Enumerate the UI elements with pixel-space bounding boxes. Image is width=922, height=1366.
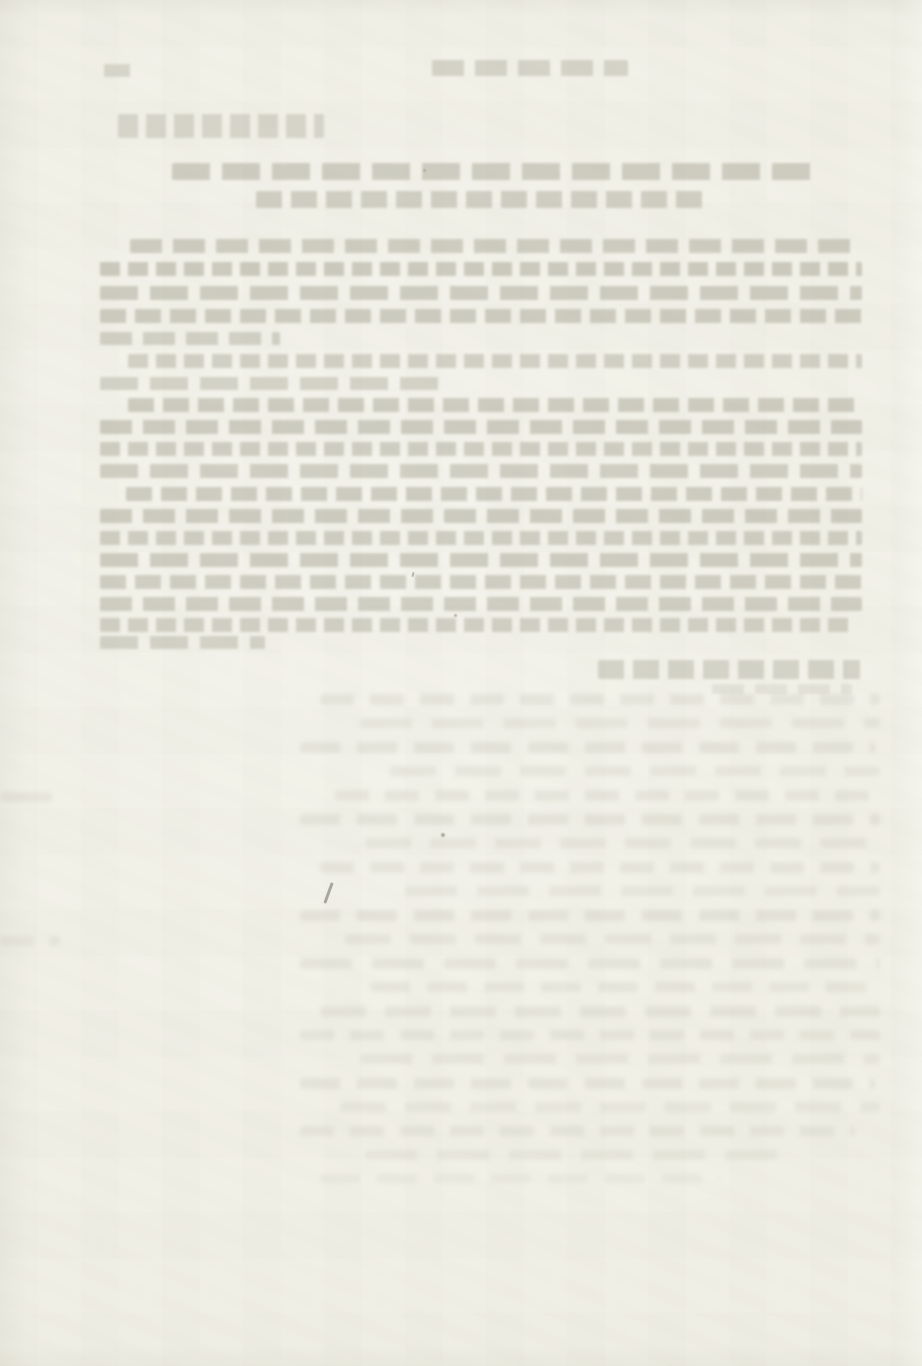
body-text-line-ghost: [128, 398, 862, 412]
body-text-line-ghost: [100, 597, 862, 611]
body-text-line-ghost: [100, 636, 265, 649]
bleed-through-line: [300, 958, 880, 969]
ink-speck: [454, 614, 457, 617]
scanned-page: [0, 0, 922, 1366]
pen-slash-mark: [323, 882, 333, 904]
body-text-line-ghost: [100, 531, 862, 545]
body-text-line-ghost: [100, 332, 280, 345]
bleed-through-line: [320, 862, 880, 873]
body-text-line-ghost: [128, 354, 862, 368]
bleed-through-line: [390, 766, 880, 776]
bleed-through-line: [320, 1174, 720, 1183]
bleed-through-line: [300, 910, 880, 921]
bleed-through-line: [365, 838, 880, 848]
body-text-line-ghost: [100, 575, 862, 589]
bleed-through-line: [335, 790, 880, 801]
bleed-through-line: [0, 792, 70, 802]
body-text-line-ghost: [126, 487, 862, 501]
bleed-through-line: [405, 886, 880, 896]
bleed-through-line: [340, 1102, 880, 1112]
bleed-through-line: [300, 1126, 855, 1136]
bleed-through-line: [300, 1030, 880, 1040]
body-text-line-ghost: [130, 239, 860, 253]
bleed-through-line: [365, 1150, 795, 1160]
bleed-through-line: [300, 1078, 875, 1089]
bleed-through-line: [320, 1006, 880, 1017]
heading-line-ghost: [172, 163, 818, 180]
signature-ghost: [598, 660, 860, 679]
bleed-through-line: [320, 694, 880, 705]
bleed-through-line: [370, 982, 880, 992]
bleed-through-line: [0, 936, 60, 946]
salutation-ghost: [118, 114, 324, 138]
bleed-through-line: [360, 718, 880, 728]
ink-speck: [441, 833, 445, 837]
page-number-ghost: [104, 64, 136, 77]
heading-line-ghost: [256, 191, 708, 208]
bleed-through-line: [360, 1054, 880, 1064]
bleed-through-line: [300, 742, 875, 753]
body-text-line-ghost: [100, 309, 862, 323]
body-text-line-ghost: [100, 442, 862, 456]
body-text-line-ghost: [100, 420, 862, 434]
body-text-line-ghost: [100, 553, 862, 567]
ink-speck: [423, 169, 426, 172]
signature-ghost: [712, 684, 852, 694]
body-text-line-ghost: [100, 618, 855, 632]
body-text-line-ghost: [100, 509, 862, 523]
body-text-line-ghost: [100, 377, 445, 390]
bleed-through-line: [345, 934, 880, 944]
body-text-line-ghost: [100, 262, 862, 276]
body-text-line-ghost: [100, 464, 862, 478]
body-text-line-ghost: [100, 286, 862, 300]
bleed-through-line: [300, 814, 880, 825]
running-title-ghost: [432, 60, 628, 76]
